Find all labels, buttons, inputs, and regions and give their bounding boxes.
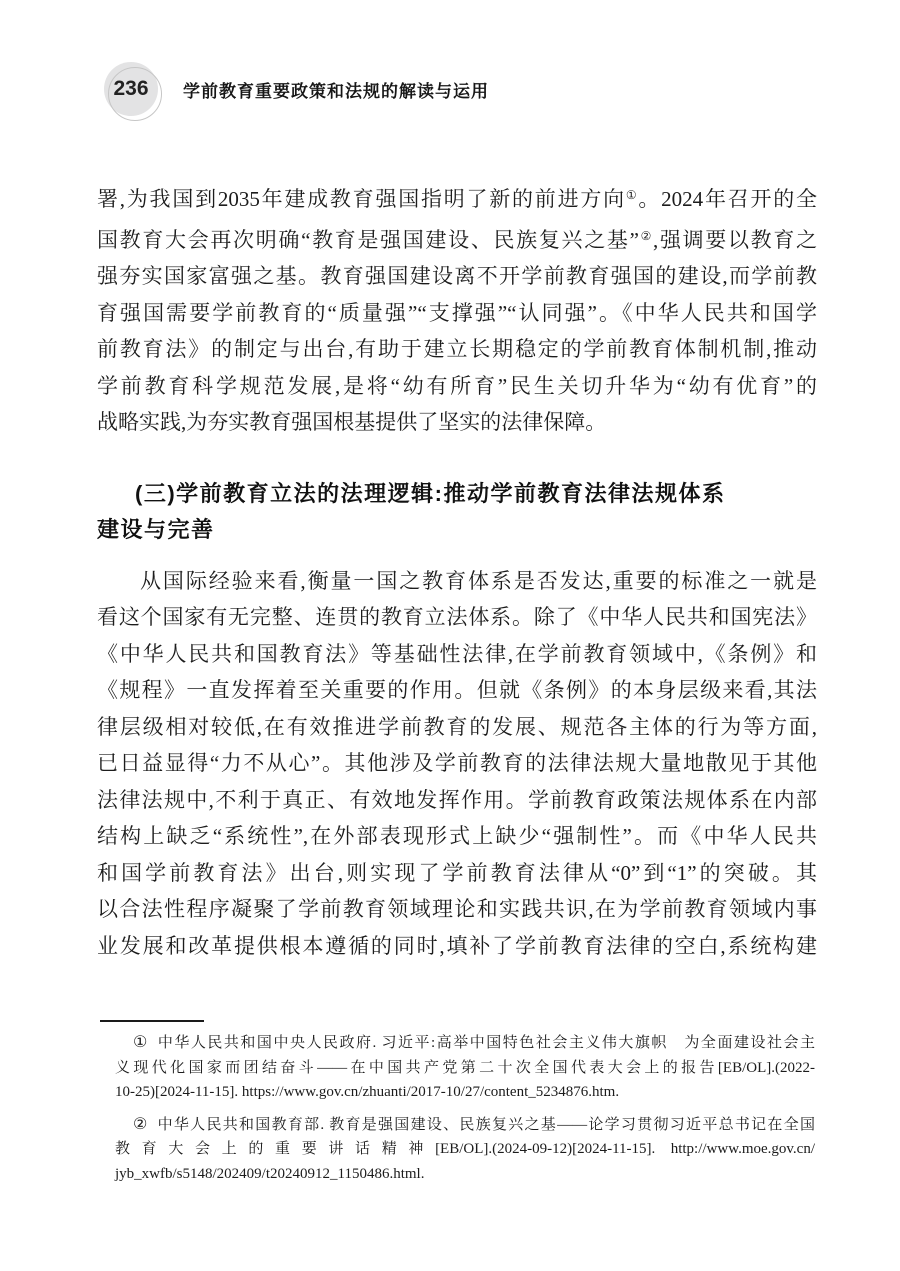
body-line: 结构上缺乏“系统性”,在外部表现形式上缺少“强制性”。而《中华人民共 [97,818,817,855]
section-heading-line-2: 建设与完善 [97,512,817,549]
body-line: 署,为我国到2035年建成教育强国指明了新的前进方向①。2024年召开的全 [97,177,817,218]
footnote-separator [100,1020,204,1022]
page-body: 署,为我国到2035年建成教育强国指明了新的前进方向①。2024年召开的全国教育… [97,177,817,964]
footnote-line: ②中华人民共和国教育部. 教育是强国建设、民族复兴之基——论学习贯彻习近平总书记… [115,1113,815,1138]
footnote-marker: ① [133,1034,149,1051]
body-line: 学前教育科学规范发展,是将“幼有所育”民生关切升华为“幼有优育”的 [97,368,817,405]
footnote: ①中华人民共和国中央人民政府. 习近平:高举中国特色社会主义伟大旗帜 为全面建设… [115,1031,815,1105]
body-line: 律层级相对较低,在有效推进学前教育的发展、规范各主体的行为等方面, [97,709,817,746]
footnote: ②中华人民共和国教育部. 教育是强国建设、民族复兴之基——论学习贯彻习近平总书记… [115,1113,815,1187]
paragraph-1: 署,为我国到2035年建成教育强国指明了新的前进方向①。2024年召开的全国教育… [97,177,817,441]
footnote-line: ①中华人民共和国中央人民政府. 习近平:高举中国特色社会主义伟大旗帜 为全面建设… [115,1031,815,1056]
body-line: 以合法性程序凝聚了学前教育领域理论和实践共识,在为学前教育领域内事 [97,891,817,928]
page-number-badge: 236 [104,62,158,116]
running-title: 学前教育重要政策和法规的解读与运用 [183,77,489,102]
footnote-ref: ① [626,188,639,202]
body-line: 从国际经验来看,衡量一国之教育体系是否发达,重要的标准之一就是 [97,563,817,600]
body-line: 业发展和改革提供根本遵循的同时,填补了学前教育法律的空白,系统构建 [97,928,817,965]
body-line: 已日益显得“力不从心”。其他涉及学前教育的法律法规大量地散见于其他 [97,745,817,782]
page-header: 236 学前教育重要政策和法规的解读与运用 [104,62,489,116]
page-number: 236 [113,77,148,101]
body-line: 法律法规中,不利于真正、有效地发挥作用。学前教育政策法规体系在内部 [97,782,817,819]
book-page: 236 学前教育重要政策和法规的解读与运用 署,为我国到2035年建成教育强国指… [0,0,900,1271]
body-line: 看这个国家有无完整、连贯的教育立法体系。除了《中华人民共和国宪法》 [97,599,817,636]
footnote-line: jyb_xwfb/s5148/202409/t20240912_1150486.… [115,1162,815,1187]
footnote-line: 教育大会上的重要讲话精神[EB/OL].(2024-09-12)[2024-11… [115,1137,815,1162]
body-line: 和国学前教育法》出台,则实现了学前教育法律从“0”到“1”的突破。其 [97,855,817,892]
footnote-list: ①中华人民共和国中央人民政府. 习近平:高举中国特色社会主义伟大旗帜 为全面建设… [115,1031,815,1194]
section-heading-line-1: (三)学前教育立法的法理逻辑:推动学前教育法律法规体系 [97,476,817,513]
body-line: 育强国需要学前教育的“质量强”“支撑强”“认同强”。《中华人民共和国学 [97,295,817,332]
section-heading: (三)学前教育立法的法理逻辑:推动学前教育法律法规体系 建设与完善 [97,476,817,549]
body-line: 《规程》一直发挥着至关重要的作用。但就《条例》的本身层级来看,其法 [97,672,817,709]
body-line: 国教育大会再次明确“教育是强国建设、民族复兴之基”②,强调要以教育之 [97,218,817,259]
body-line: 强夯实国家富强之基。教育强国建设离不开学前教育强国的建设,而学前教 [97,258,817,295]
footnote-line: 10-25)[2024-11-15]. https://www.gov.cn/z… [115,1080,815,1105]
paragraph-2: 从国际经验来看,衡量一国之教育体系是否发达,重要的标准之一就是看这个国家有无完整… [97,563,817,965]
body-line: 《中华人民共和国教育法》等基础性法律,在学前教育领域中,《条例》和 [97,636,817,673]
body-line: 战略实践,为夯实教育强国根基提供了坚实的法律保障。 [97,404,817,441]
footnote-ref: ② [639,229,653,243]
footnote-marker: ② [133,1116,149,1133]
body-line: 前教育法》的制定与出台,有助于建立长期稳定的学前教育体制机制,推动 [97,331,817,368]
footnote-line: 义现代化国家而团结奋斗——在中国共产党第二十次全国代表大会上的报告[EB/OL]… [115,1056,815,1081]
